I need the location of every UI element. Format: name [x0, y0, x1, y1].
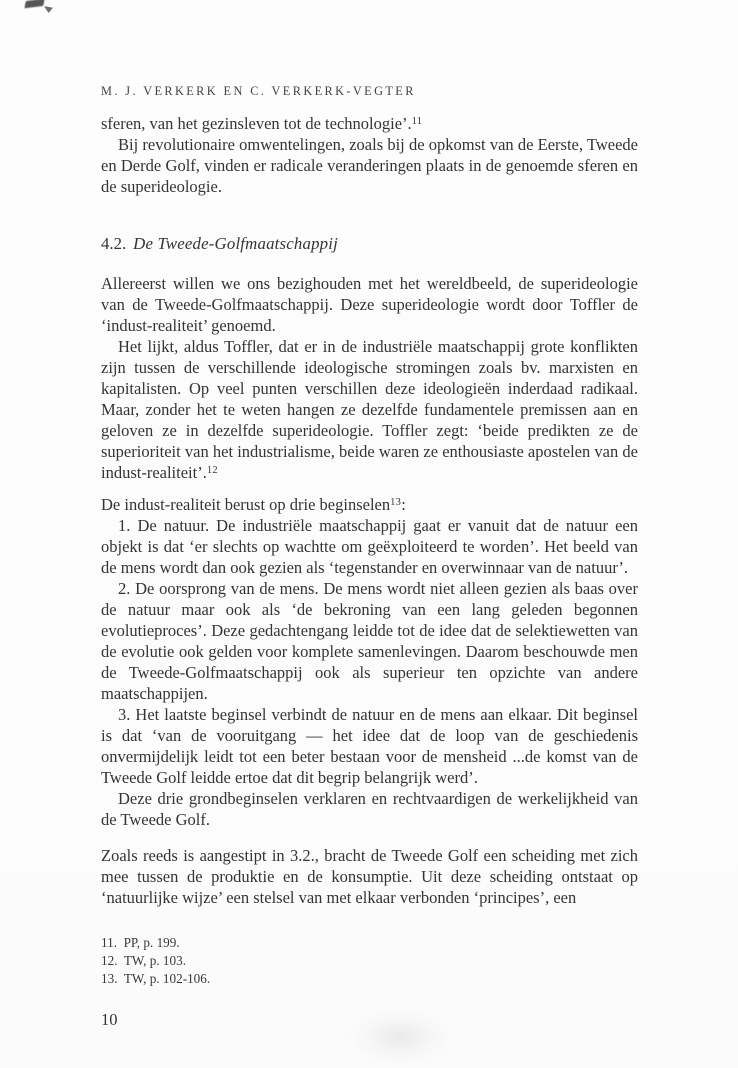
- paragraph-text: sferen, van het gezinsleven tot de techn…: [101, 114, 412, 133]
- paragraph: Bij revolutionaire omwentelingen, zoals …: [101, 134, 638, 197]
- section-heading: 4.2.De Tweede-Golfmaatschappij: [101, 233, 638, 254]
- paragraph: Zoals reeds is aangestipt in 3.2., brach…: [101, 845, 638, 908]
- scan-artifact-corner-mark: [24, 0, 44, 8]
- list-item-1: 1. De natuur. De industriële maatschappi…: [101, 515, 638, 578]
- footnote-ref-13: 13: [390, 497, 401, 508]
- section-number: 4.2.: [101, 234, 126, 253]
- footnote-13: 13. TW, p. 102-106.: [101, 970, 638, 988]
- section-title: De Tweede-Golfmaatschappij: [133, 234, 338, 253]
- list-item-3: 3. Het laatste beginsel verbindt de natu…: [101, 704, 638, 788]
- footnote-11: 11. PP, p. 199.: [101, 934, 638, 952]
- paragraph-continuation: sferen, van het gezinsleven tot de techn…: [101, 113, 638, 134]
- scan-artifact-corner-dot: [44, 6, 53, 13]
- footnote-ref-11: 11: [412, 116, 423, 127]
- list-item-2: 2. De oorsprong van de mens. De mens wor…: [101, 578, 638, 704]
- paragraph: Allereerst willen we ons bezighouden met…: [101, 273, 638, 336]
- footnote-ref-12: 12: [207, 465, 218, 476]
- scanned-book-page: M. J. VERKERK EN C. VERKERK-VEGTER sfere…: [0, 0, 738, 1068]
- paragraph: Deze drie grondbeginselen verklaren en r…: [101, 788, 638, 830]
- text-column: M. J. VERKERK EN C. VERKERK-VEGTER sfere…: [101, 84, 638, 1030]
- paragraph: Het lijkt, aldus Toffler, dat er in de i…: [101, 336, 638, 483]
- footnote-12: 12. TW, p. 103.: [101, 952, 638, 970]
- paragraph-text-tail: :: [401, 495, 406, 514]
- paragraph-list-intro: De indust-realiteit berust op drie begin…: [101, 494, 638, 515]
- paragraph-text: Het lijkt, aldus Toffler, dat er in de i…: [101, 337, 638, 482]
- running-header: M. J. VERKERK EN C. VERKERK-VEGTER: [101, 84, 638, 99]
- paragraph-text: De indust-realiteit berust op drie begin…: [101, 495, 390, 514]
- scan-artifact-smudge: [345, 1008, 455, 1066]
- footnotes: 11. PP, p. 199. 12. TW, p. 103. 13. TW, …: [101, 934, 638, 988]
